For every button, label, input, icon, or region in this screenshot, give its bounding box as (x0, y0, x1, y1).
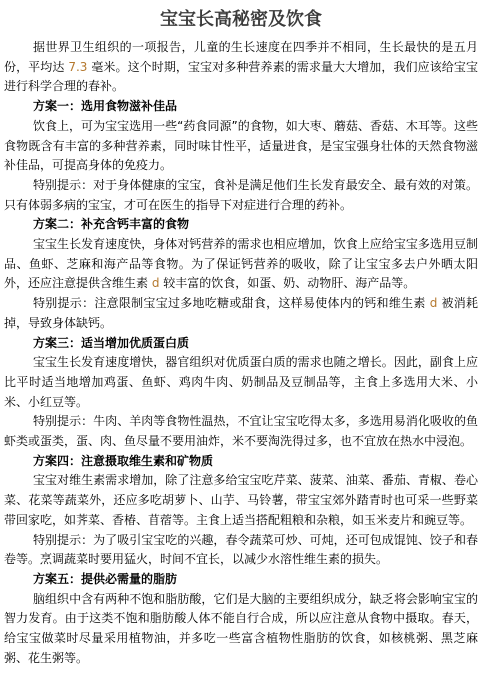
text-run: 特别提示：为了吸引宝宝吃的兴趣，春令蔬菜可炒、可炖，还可包成馄饨、饺子和春卷等。… (4, 533, 478, 567)
body-paragraph: 宝宝生长发育速度快，身体对钙营养的需求也相应增加，饮食上应给宝宝多选用豆制品、鱼… (4, 235, 478, 294)
section-heading: 方案二：补充含钙丰富的食物 (4, 215, 478, 235)
text-run: 方案一：选用食物滋补佳品 (33, 99, 177, 113)
text-run: 特别提示：注意限制宝宝过多地吃糖或甜食，这样易使体内的钙和维生素 (33, 296, 430, 310)
text-run: 特别提示：牛肉、羊肉等食物性温热，不宜让宝宝吃得太多，多选用易消化吸收的鱼虾类或… (4, 414, 478, 448)
text-run: 方案二：补充含钙丰富的食物 (33, 217, 189, 231)
document-page: 宝宝长高秘密及饮食 据世界卫生组织的一项报告，儿童的生长速度在四季并不相同，生长… (0, 0, 483, 673)
text-run: 特别提示：对于身体健康的宝宝，食补是满足他们生长发育最安全、最有效的对策。只有体… (4, 178, 478, 212)
text-run: 方案五：提供必需量的脂肪 (33, 572, 177, 586)
text-run: 宝宝对维生素需求增加，除了注意多给宝宝吃芹菜、菠菜、油菜、番茄、青椒、卷心菜、花… (4, 473, 478, 526)
section-heading: 方案五：提供必需量的脂肪 (4, 570, 478, 590)
highlighted-text: 7.3 (68, 60, 87, 74)
document-body: 据世界卫生组织的一项报告，儿童的生长速度在四季并不相同，生长最快的是五月份，平均… (4, 38, 478, 669)
body-paragraph: 特别提示：牛肉、羊肉等食物性温热，不宜让宝宝吃得太多，多选用易消化吸收的鱼虾类或… (4, 412, 478, 451)
section-heading: 方案四：注意摄取维生素和矿物质 (4, 452, 478, 472)
section-heading: 方案三：适当增加优质蛋白质 (4, 334, 478, 354)
section-heading: 方案一：选用食物滋补佳品 (4, 97, 478, 117)
text-run: 脑组织中含有两种不饱和脂肪酸，它们是大脑的主要组织成分，缺乏将会影响宝宝的智力发… (4, 592, 478, 665)
text-run: 饮食上，可为宝宝选用一些“药食同源”的食物，如大枣、蘑菇、香菇、木耳等。这些食物… (4, 119, 478, 172)
text-run: 方案三：适当增加优质蛋白质 (33, 336, 189, 350)
body-paragraph: 特别提示：注意限制宝宝过多地吃糖或甜食，这样易使体内的钙和维生素 d 被消耗掉，… (4, 294, 478, 333)
body-paragraph: 宝宝对维生素需求增加，除了注意多给宝宝吃芹菜、菠菜、油菜、番茄、青椒、卷心菜、花… (4, 471, 478, 530)
text-run: 较丰富的饮食，如蛋、奶、动物肝、海产品等。 (159, 276, 415, 290)
body-paragraph: 脑组织中含有两种不饱和脂肪酸，它们是大脑的主要组织成分，缺乏将会影响宝宝的智力发… (4, 590, 478, 669)
body-paragraph: 特别提示：对于身体健康的宝宝，食补是满足他们生长发育最安全、最有效的对策。只有体… (4, 176, 478, 215)
body-paragraph: 据世界卫生组织的一项报告，儿童的生长速度在四季并不相同，生长最快的是五月份，平均… (4, 38, 478, 97)
text-run: 方案四：注意摄取维生素和矿物质 (33, 454, 213, 468)
doc-title: 宝宝长高秘密及饮食 (4, 8, 478, 32)
body-paragraph: 特别提示：为了吸引宝宝吃的兴趣，春令蔬菜可炒、可炖，还可包成馄饨、饺子和春卷等。… (4, 531, 478, 570)
text-run: 宝宝生长发育速度增快，器官组织对优质蛋白质的需求也随之增长。因此，副食上应比平时… (4, 355, 478, 408)
body-paragraph: 饮食上，可为宝宝选用一些“药食同源”的食物，如大枣、蘑菇、香菇、木耳等。这些食物… (4, 117, 478, 176)
body-paragraph: 宝宝生长发育速度增快，器官组织对优质蛋白质的需求也随之增长。因此，副食上应比平时… (4, 353, 478, 412)
